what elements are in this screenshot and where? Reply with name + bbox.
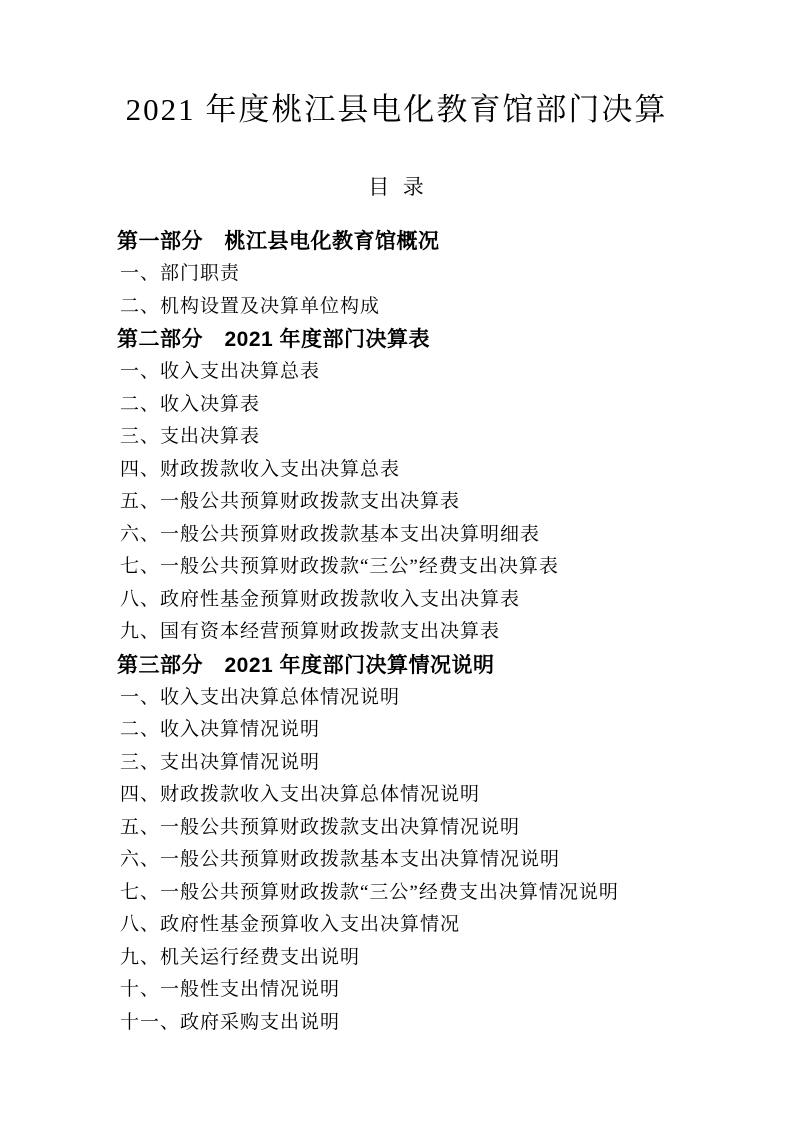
toc-item: 二、机构设置及决算单位构成 xyxy=(117,291,733,324)
toc-item: 五、一般公共预算财政拨款支出决算表 xyxy=(117,486,733,519)
toc-item: 二、收入决算表 xyxy=(117,389,733,422)
toc-item: 九、国有资本经营预算财政拨款支出决算表 xyxy=(117,616,733,649)
toc-item: 六、一般公共预算财政拨款基本支出决算情况说明 xyxy=(117,844,733,877)
toc-item: 十、一般性支出情况说明 xyxy=(117,974,733,1007)
toc-item: 六、一般公共预算财政拨款基本支出决算明细表 xyxy=(117,519,733,552)
toc-item: 九、机关运行经费支出说明 xyxy=(117,942,733,975)
toc-item: 八、政府性基金预算财政拨款收入支出决算表 xyxy=(117,584,733,617)
document-page: 2021 年度桃江县电化教育馆部门决算 目 录 第一部分 桃江县电化教育馆概况一… xyxy=(0,0,793,1122)
toc-item: 八、政府性基金预算收入支出决算情况 xyxy=(117,909,733,942)
document-title: 2021 年度桃江县电化教育馆部门决算 xyxy=(0,0,793,130)
toc-item: 七、一般公共预算财政拨款“三公”经费支出决算表 xyxy=(117,551,733,584)
toc-item: 一、收入支出决算总体情况说明 xyxy=(117,682,733,715)
toc-section-heading: 第二部分 2021 年度部门决算表 xyxy=(117,323,733,356)
toc-item: 四、财政拨款收入支出决算总表 xyxy=(117,454,733,487)
toc-item: 七、一般公共预算财政拨款“三公”经费支出决算情况说明 xyxy=(117,877,733,910)
toc-item: 三、支出决算表 xyxy=(117,421,733,454)
toc-item: 二、收入决算情况说明 xyxy=(117,714,733,747)
toc-item: 一、部门职责 xyxy=(117,258,733,291)
toc-item: 四、财政拨款收入支出决算总体情况说明 xyxy=(117,779,733,812)
toc-item: 五、一般公共预算财政拨款支出决算情况说明 xyxy=(117,812,733,845)
toc-item: 十一、政府采购支出说明 xyxy=(117,1007,733,1040)
toc-section-heading: 第三部分 2021 年度部门决算情况说明 xyxy=(117,649,733,682)
toc-section-heading: 第一部分 桃江县电化教育馆概况 xyxy=(117,225,733,258)
toc-item: 一、收入支出决算总表 xyxy=(117,356,733,389)
toc: 第一部分 桃江县电化教育馆概况一、部门职责二、机构设置及决算单位构成第二部分 2… xyxy=(117,225,733,1039)
toc-item: 三、支出决算情况说明 xyxy=(117,747,733,780)
toc-title: 目 录 xyxy=(0,174,793,200)
